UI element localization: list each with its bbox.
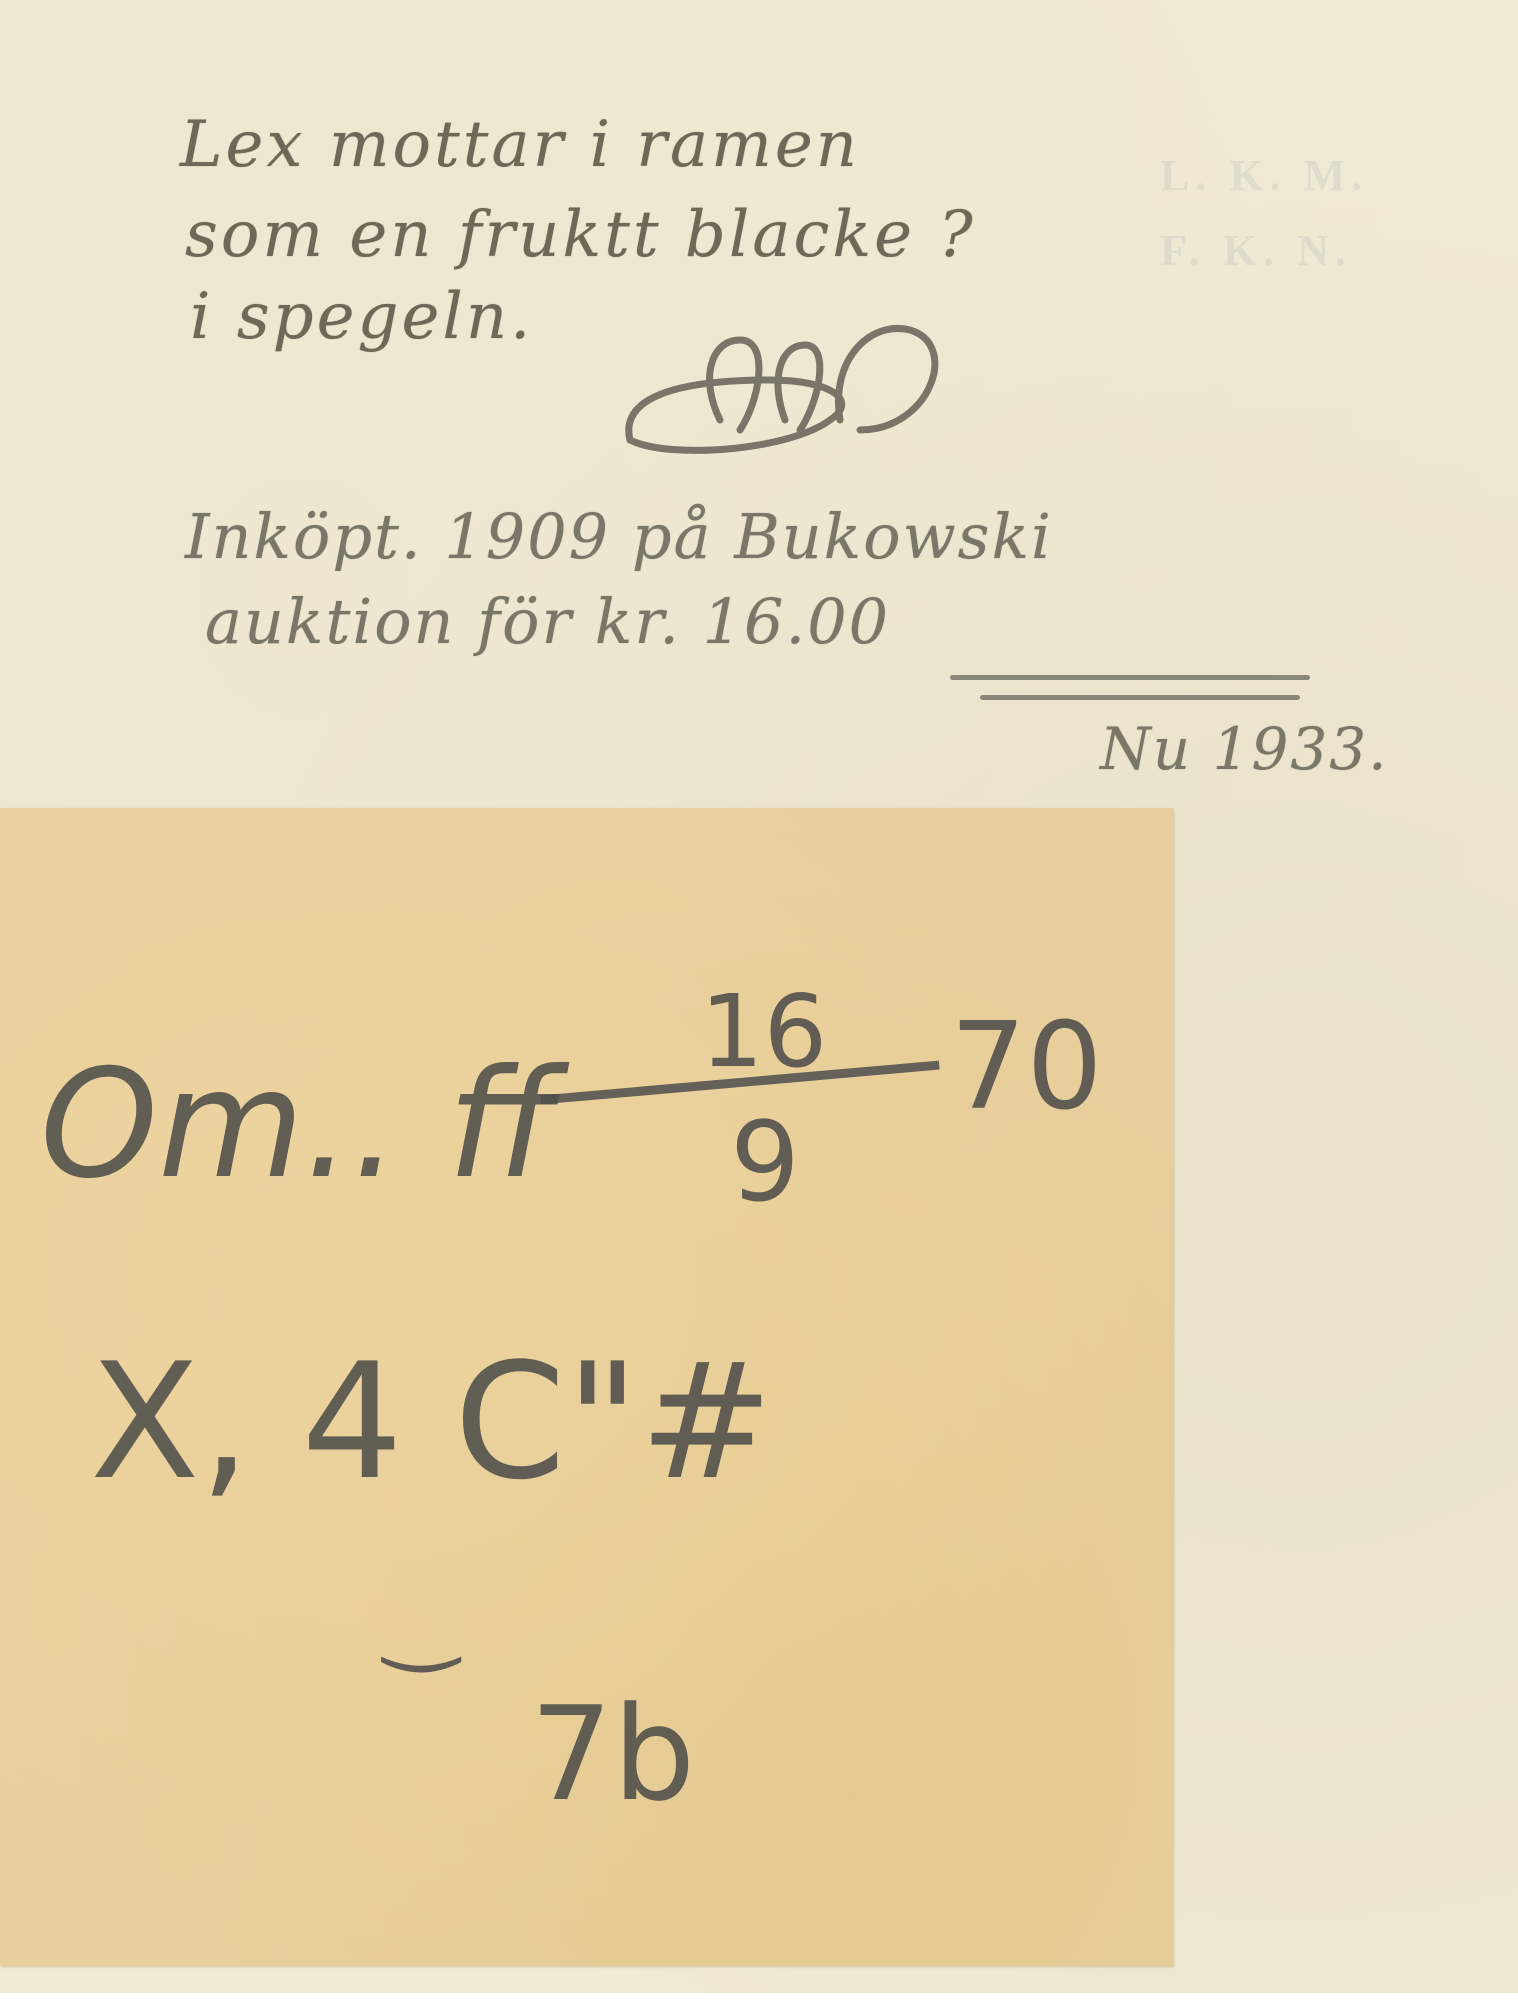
- amount-underline-2: [980, 695, 1300, 700]
- provenance-date: Nu 1933.: [1100, 715, 1389, 783]
- pasted-slip: Om.. ff 16 9 70 X, 4 C"# ‿ 7b: [0, 808, 1173, 1966]
- slip-line-2: X, 4 C"#: [90, 1328, 773, 1515]
- note-line-2: som en fruktt blacke ?: [185, 198, 976, 272]
- slip-line-3: 7b: [530, 1678, 695, 1830]
- provenance-line-1: Inköpt. 1909 på Bukowski: [185, 500, 1053, 573]
- amount-underline-1: [950, 675, 1310, 680]
- ghost-print-line-1: L. K. M.: [1160, 150, 1368, 201]
- slip-line-1-suffix: 70: [950, 998, 1103, 1137]
- note-line-1: Lex mottar i ramen: [180, 108, 860, 182]
- document-page: L. K. M. F. K. N. Lex mottar i ramen som…: [0, 0, 1518, 1993]
- slip-mark: ‿: [385, 1568, 457, 1673]
- note-line-3: i spegeln.: [190, 280, 533, 354]
- signature-monogram-icon: [610, 320, 990, 460]
- slip-fraction-denominator: 9: [730, 1098, 800, 1226]
- provenance-line-2: auktion för kr. 16.00: [205, 585, 890, 658]
- ghost-print-line-2: F. K. N.: [1160, 225, 1352, 276]
- slip-line-1-prefix: Om.. ff: [40, 1038, 555, 1212]
